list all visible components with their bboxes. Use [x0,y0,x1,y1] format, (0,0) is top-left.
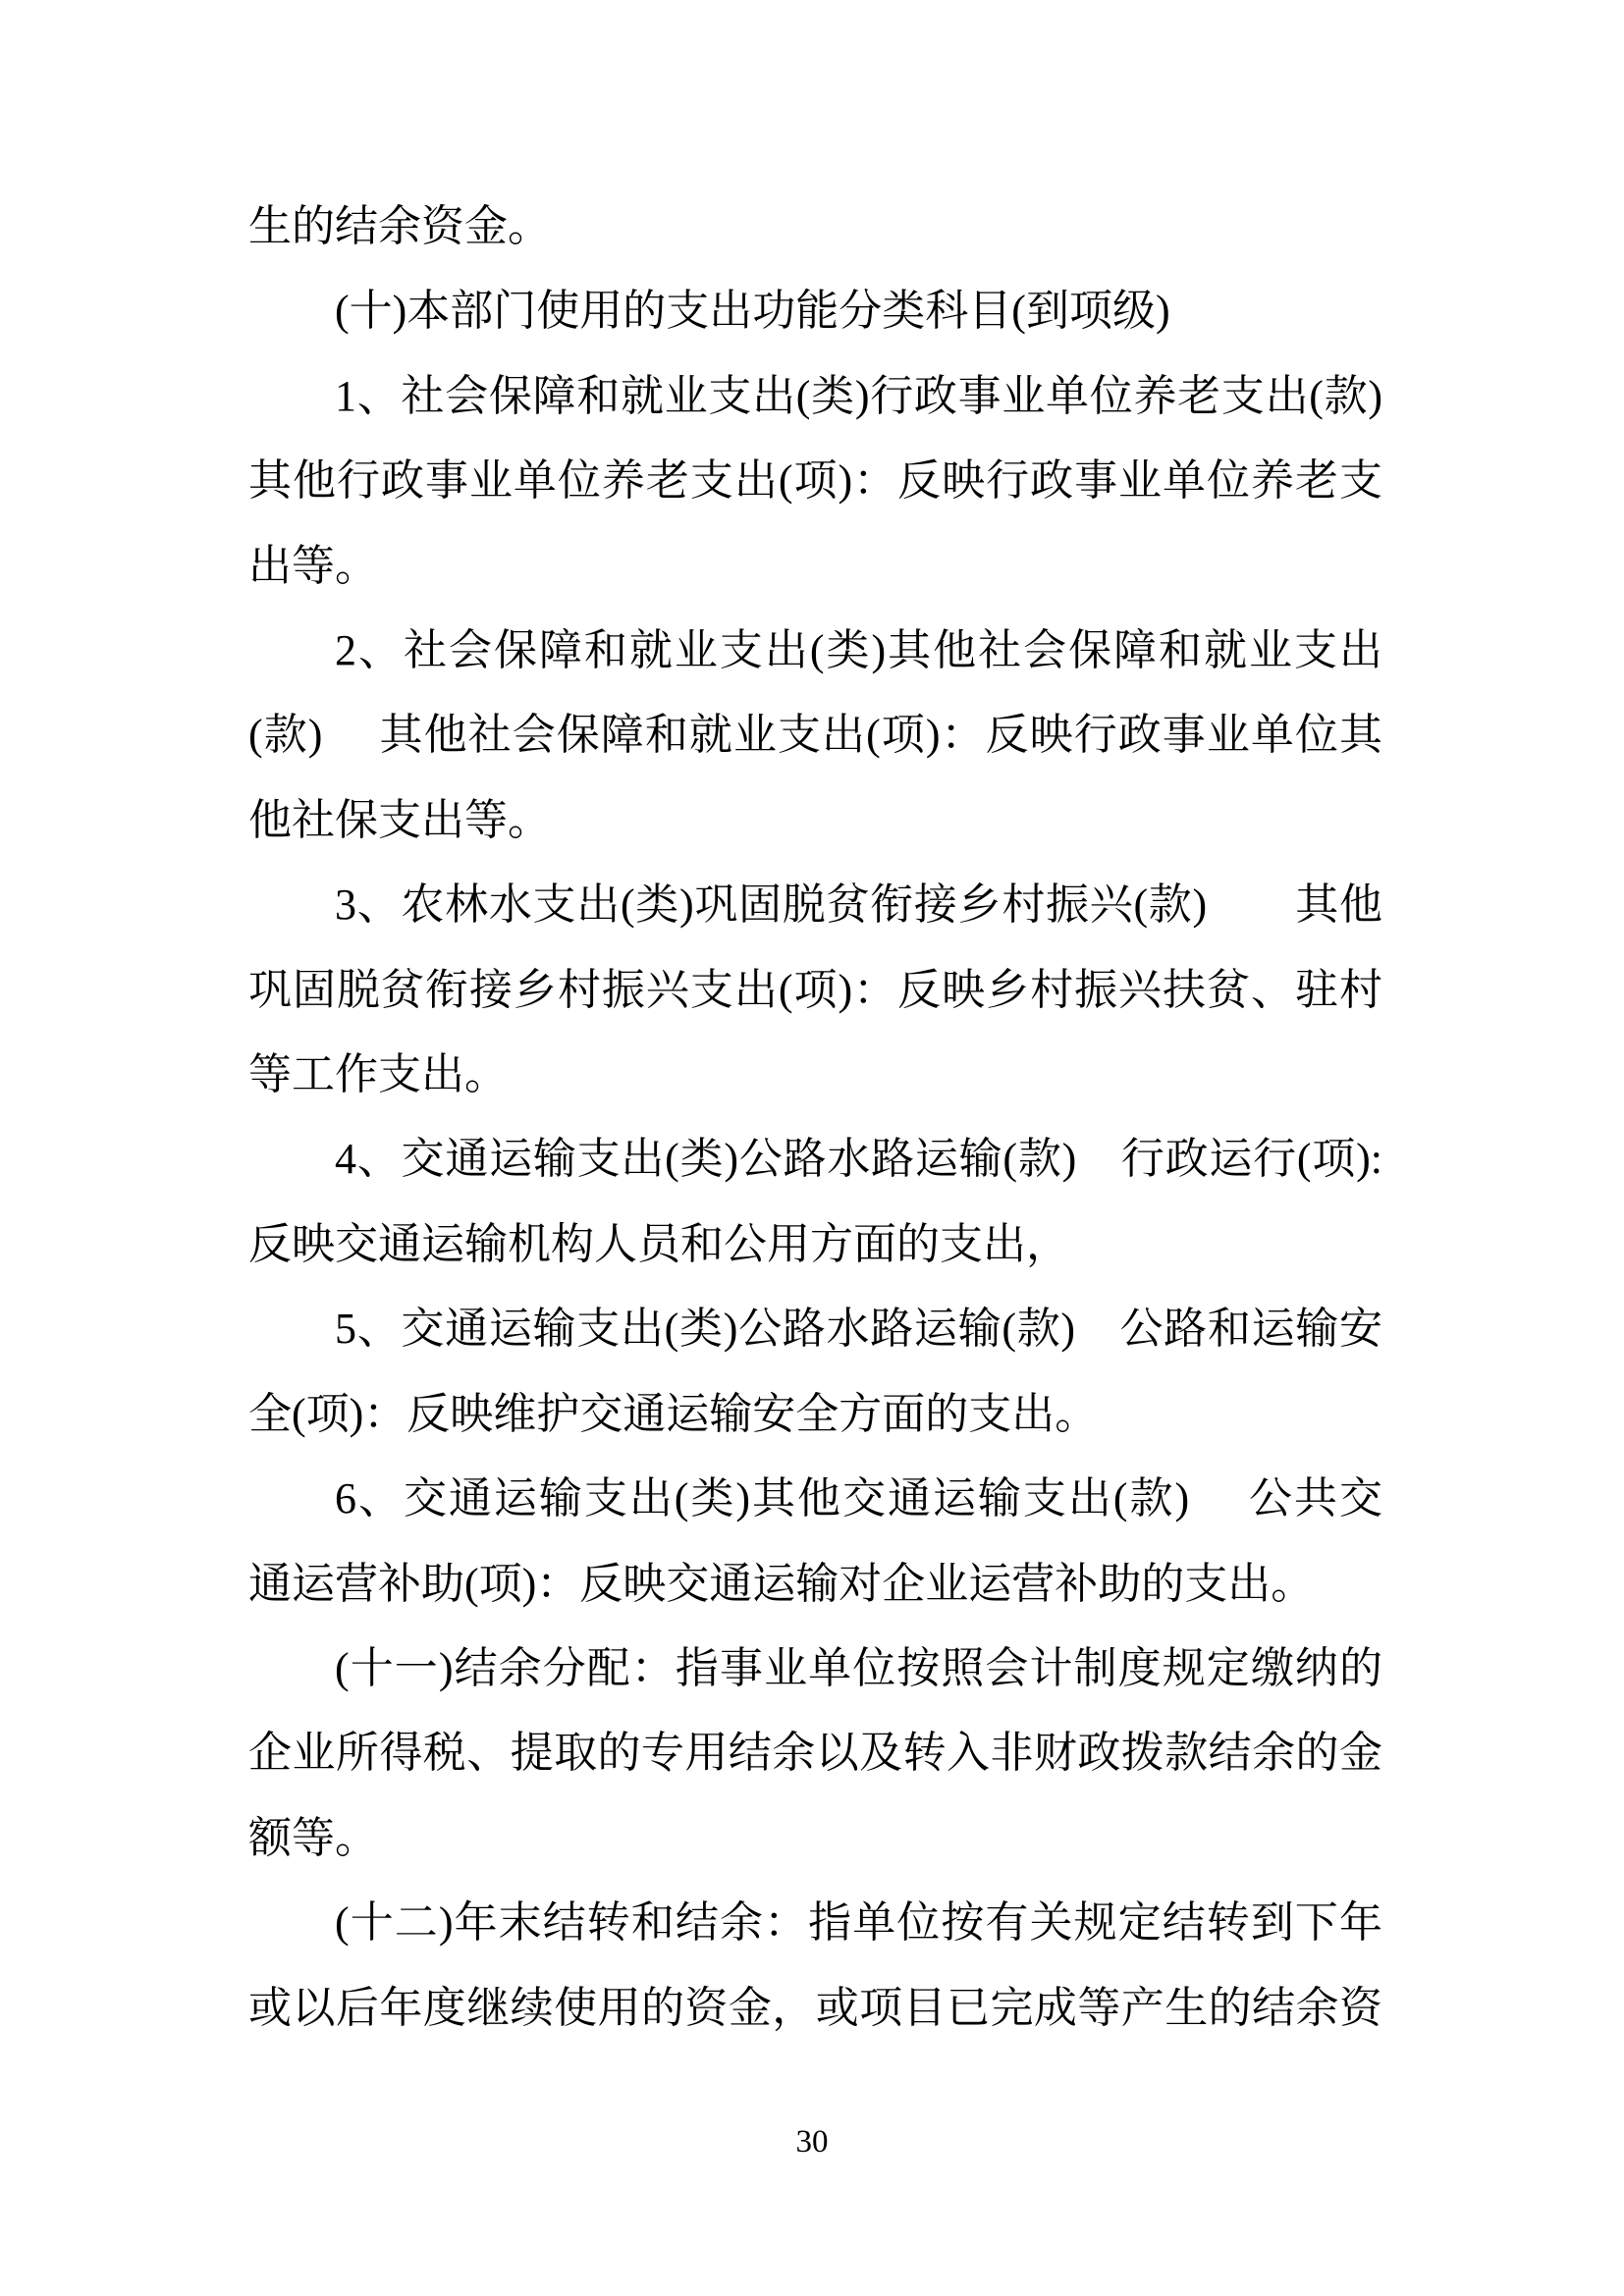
body-line-16: 6、交通运输支出(类)其他交通运输支出(款) 公共交 [248,1457,1382,1541]
body-line-18: (十一)结余分配：指事业单位按照会计制度规定缴纳的 [248,1627,1382,1711]
page-number: 30 [0,2122,1624,2162]
body-line-3: 1、社会保障和就业支出(类)行政事业单位养老支出(款) [248,354,1382,439]
body-line-6: 2、社会保障和就业支出(类)其他社会保障和就业支出 [248,609,1382,693]
body-line-15: 全(项)：反映维护交通运输安全方面的支出。 [248,1372,1382,1457]
body-line-20: 额等。 [248,1796,1382,1881]
body-line-8: 他社保支出等。 [248,778,1382,863]
body-line-1: 生的结余资金。 [248,185,1382,269]
body-line-13: 反映交通运输机构人员和公用方面的支出， [248,1202,1382,1287]
body-line-9: 3、农林水支出(类)巩固脱贫衔接乡村振兴(款) 其他 [248,863,1382,947]
body-line-4: 其他行政事业单位养老支出(项)：反映行政事业单位养老支 [248,439,1382,523]
body-line-17: 通运营补助(项)：反映交通运输对企业运营补助的支出。 [248,1542,1382,1627]
body-line-11: 等工作支出。 [248,1033,1382,1117]
body-line-19: 企业所得税、提取的专用结余以及转入非财政拨款结余的金 [248,1711,1382,1795]
body-line-2: (十)本部门使用的支出功能分类科目(到项级) [248,269,1382,353]
body-line-10: 巩固脱贫衔接乡村振兴支出(项)：反映乡村振兴扶贫、驻村 [248,948,1382,1033]
body-line-5: 出等。 [248,524,1382,609]
body-text-block: 生的结余资金。 (十)本部门使用的支出功能分类科目(到项级) 1、社会保障和就业… [248,185,1382,2051]
body-line-14: 5、交通运输支出(类)公路水路运输(款) 公路和运输安 [248,1287,1382,1371]
body-line-12: 4、交通运输支出(类)公路水路运输(款) 行政运行(项): [248,1117,1382,1201]
document-page: 生的结余资金。 (十)本部门使用的支出功能分类科目(到项级) 1、社会保障和就业… [0,0,1624,2296]
body-line-7: (款) 其他社会保障和就业支出(项)：反映行政事业单位其 [248,693,1382,777]
body-line-21: (十二)年末结转和结余：指单位按有关规定结转到下年 [248,1881,1382,1965]
body-line-22: 或以后年度继续使用的资金，或项目已完成等产生的结余资 [248,1966,1382,2051]
